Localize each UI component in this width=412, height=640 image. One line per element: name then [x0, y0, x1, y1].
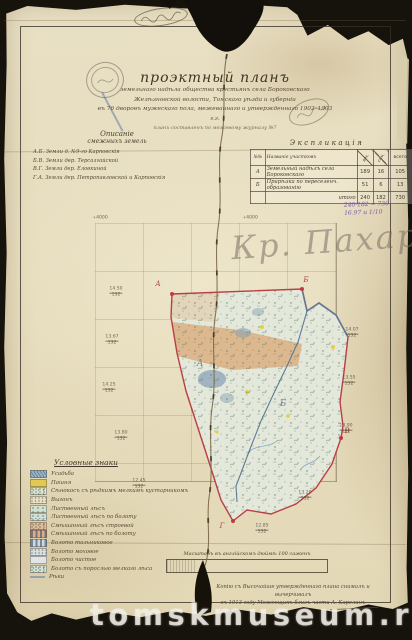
legend-item: Рѣки	[30, 573, 196, 582]
legend-swatch	[30, 487, 47, 495]
signature-line: Копію съ Высочайше утвержденнаго плана с…	[200, 583, 386, 599]
adjacent-land-entry: А.Б. Земли д. №9-го Карповскія	[33, 148, 201, 157]
legend-label: Болото тальниковое	[51, 540, 113, 546]
col-desyatiny: дес.	[357, 150, 373, 166]
explication-table: №№ Названіе участковъ дес. саж. всего АЗ…	[250, 149, 412, 204]
scale-subtitle: въ англійскомъ дюймѣ 100 саженъ	[215, 551, 311, 557]
survey-coordinate-label: 14.25132	[102, 384, 115, 395]
legend-swatch	[30, 574, 45, 580]
explication-body: АЗемельный надѣлъ села Бороковскаго18916…	[251, 166, 412, 192]
legend-swatch	[30, 496, 47, 504]
map-corner-letter: Г	[220, 522, 225, 530]
website-watermark: tomskmuseum.ru	[90, 598, 412, 632]
survey-coordinate-label: 14.90132	[339, 425, 352, 436]
title-subline: земельнаго надѣла общества крестьянъ сел…	[95, 86, 335, 96]
legend-item: Смѣшанный лѣсъ строевой	[30, 522, 196, 531]
survey-coordinate-label: 14.50132	[109, 288, 122, 299]
plan-title: проэктный планъ	[95, 70, 335, 86]
survey-coordinate-label: 13.67132	[105, 336, 118, 347]
legend-item: Сѣнокосъ съ рѣдкимъ мелкимъ кустарникомъ	[30, 487, 196, 496]
explication-row: АЗемельный надѣлъ села Бороковскаго18916…	[251, 166, 412, 179]
survey-coordinate-label: 13.80132	[114, 432, 127, 443]
legend-swatch	[30, 548, 47, 556]
legend-label: Лиственный лѣсъ	[51, 506, 105, 512]
legend-swatch	[30, 505, 47, 513]
scale-bar	[166, 559, 328, 573]
survey-coordinate-label: 12.45132	[132, 480, 145, 491]
explication-row: БПрирѣзка по переселенч. образованію5161…	[251, 179, 412, 192]
survey-coordinate-label: 12.85132	[255, 525, 268, 536]
legend-label: Рѣки	[49, 574, 64, 580]
legend-label: Смѣшанный лѣсъ строевой	[51, 523, 134, 529]
map-corner-letter: Б	[303, 276, 308, 284]
title-subline: въ 76 дворовъ мужескаго пола, межеваннаг…	[95, 105, 335, 124]
adjacent-land-entry: Б.В. Земли дер. Терсалгайской	[33, 157, 201, 166]
survey-coordinate-label: 13.55132	[342, 377, 355, 388]
survey-coordinate-label: +4000	[92, 217, 108, 222]
legend-item: Лиственный лѣсъ по болоту	[30, 513, 196, 522]
explication-header-row: №№ Названіе участковъ дес. саж. всего	[251, 150, 412, 166]
title-subline: Желѣзновской волости, Томскаго уѣзда и г…	[95, 96, 335, 106]
adjacent-land-entry: Г.А. Земли дер. Петропавловской и Карпов…	[33, 174, 201, 183]
survey-coordinate-label: 14.07132	[345, 329, 358, 340]
legend-label: Болото моховое	[51, 549, 99, 555]
legend-item: Смѣшанный лѣсъ по болоту	[30, 530, 196, 539]
legend-label: Усадьба	[51, 471, 74, 477]
scale-title: Масштабъ	[184, 551, 214, 557]
legend-swatch	[30, 556, 47, 564]
legend-item: Выгонъ	[30, 496, 196, 505]
map-section-letter: А	[197, 359, 204, 369]
legend-item: Болото тальниковое	[30, 539, 196, 548]
adjacent-lands-subheading: смежныхъ земель	[33, 138, 201, 145]
map-section-letter: Б	[280, 399, 287, 409]
scale-block: Масштабъ въ англійскомъ дюймѣ 100 саженъ	[166, 551, 328, 573]
adjacent-lands-heading: Описаніе	[33, 130, 201, 138]
museum-photo: { "photo": { "watermark": "tomskmuseum.r…	[0, 0, 412, 640]
survey-grid	[95, 223, 337, 482]
legend-swatch	[30, 513, 47, 521]
survey-coordinate-label: 13.20132	[298, 492, 311, 503]
legend-label: Смѣшанный лѣсъ по болоту	[51, 531, 136, 537]
legend-swatch	[30, 479, 47, 487]
legend-item: Усадьба	[30, 470, 196, 479]
title-block: проэктный планъ земельнаго надѣла общест…	[95, 70, 335, 134]
legend-item: Лиственный лѣсъ	[30, 504, 196, 513]
legend-label: Выгонъ	[51, 497, 72, 503]
legend-swatch	[30, 530, 47, 538]
legend-label: Болото чистое	[51, 557, 96, 563]
legend-label: Лиственный лѣсъ по болоту	[51, 514, 137, 520]
legend-heading: Условные знаки	[54, 458, 196, 467]
violet-ink-note: 240·182 = 730 16.97 и 1/10	[344, 200, 390, 217]
total-overall: 730	[389, 192, 412, 204]
adjacent-lands-items: А.Б. Земли д. №9-го КарповскіяБ.В. Земли…	[33, 148, 201, 182]
col-sazheni: саж.	[373, 150, 389, 166]
col-number: №№	[251, 150, 266, 166]
adjacent-lands-block: Описаніе смежныхъ земель А.Б. Земли д. №…	[33, 130, 201, 182]
survey-coordinate-label: +4000	[242, 217, 258, 222]
paper-crease	[4, 20, 406, 21]
legend-swatch	[30, 522, 47, 530]
legend-label: Болото съ порослью мелкаго лѣса	[51, 566, 152, 572]
col-total: всего	[389, 150, 412, 166]
sheet-content: проэктный планъ земельнаго надѣла общест…	[0, 0, 412, 640]
adjacent-land-entry: В.Г. Земли дер. Еловкиной	[33, 165, 201, 174]
explication-heading: Экспликація	[252, 139, 402, 147]
legend-swatch	[30, 539, 47, 547]
legend-item: Пашня	[30, 479, 196, 488]
legend-swatch	[30, 565, 47, 573]
legend-label: Пашня	[51, 480, 71, 486]
map-corner-letter: А	[155, 280, 160, 288]
legend-label: Сѣнокосъ съ рѣдкимъ мелкимъ кустарникомъ	[51, 488, 188, 494]
legend-swatch	[30, 470, 47, 478]
col-name: Названіе участковъ	[265, 150, 357, 166]
